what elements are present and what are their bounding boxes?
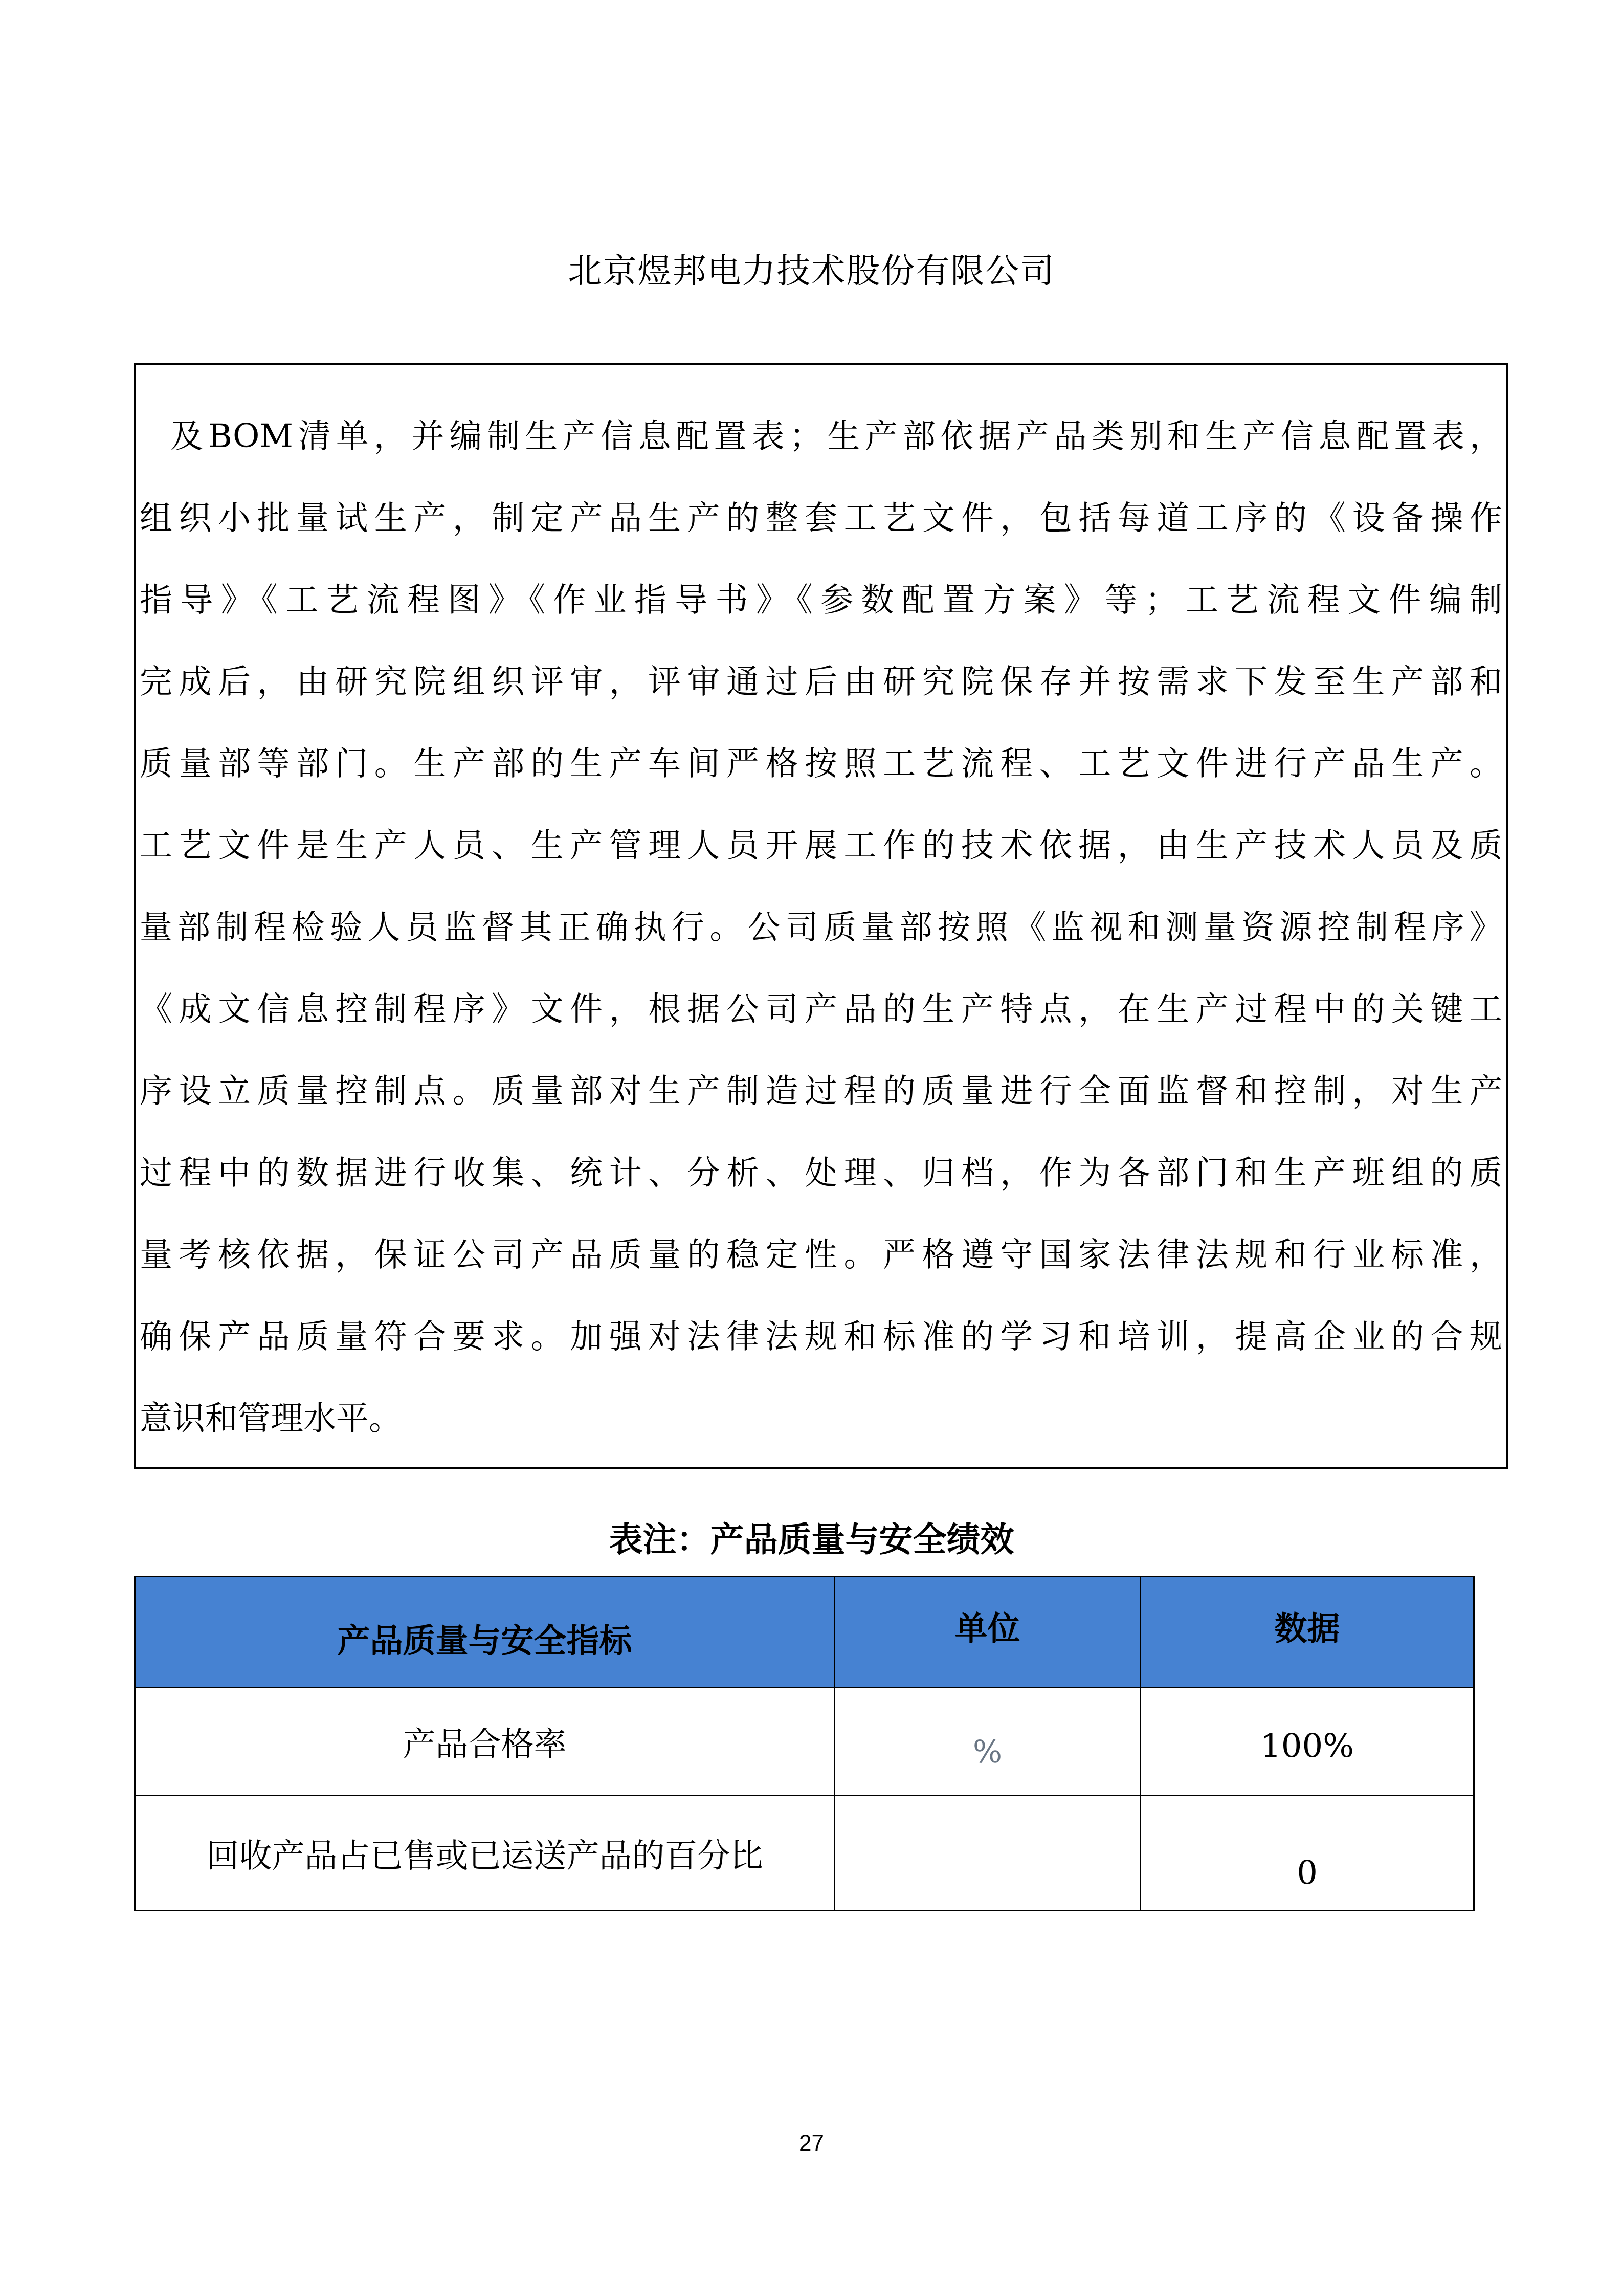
unit-cell bbox=[835, 1796, 1141, 1911]
body-text-box: 及BOM清单，并编制生产信息配置表；生产部依据产品类别和生产信息配置表， 组织小… bbox=[134, 363, 1508, 1469]
body-line: 确保产品质量符合要求。加强对法律法规和标准的学习和培训，提高企业的合规 bbox=[140, 1296, 1502, 1378]
body-line: 量部制程检验人员监督其正确执行。公司质量部按照《监视和测量资源控制程序》 bbox=[140, 887, 1502, 968]
indicator-cell: 产品合格率 bbox=[135, 1688, 835, 1796]
column-header-indicator: 产品质量与安全指标 bbox=[135, 1577, 835, 1688]
table-row: 回收产品占已售或已运送产品的百分比 0 bbox=[135, 1796, 1474, 1911]
body-line: 序设立质量控制点。质量部对生产制造过程的质量进行全面监督和控制，对生产 bbox=[140, 1050, 1502, 1132]
body-line: 工艺文件是生产人员、生产管理人员开展工作的技术依据，由生产技术人员及质 bbox=[140, 805, 1502, 887]
indicator-cell: 回收产品占已售或已运送产品的百分比 bbox=[135, 1796, 835, 1911]
column-header-value: 数据 bbox=[1141, 1577, 1474, 1688]
company-header: 北京煜邦电力技术股份有限公司 bbox=[0, 246, 1623, 297]
body-line: 过程中的数据进行收集、统计、分析、处理、归档，作为各部门和生产班组的质 bbox=[140, 1132, 1502, 1214]
indicator-label: 回收产品占已售或已运送产品的百分比 bbox=[207, 1837, 763, 1875]
value-cell: 100% bbox=[1141, 1688, 1474, 1796]
body-line: 《成文信息控制程序》文件，根据公司产品的生产特点，在生产过程中的关键工 bbox=[140, 968, 1502, 1050]
column-header-unit: 单位 bbox=[835, 1577, 1141, 1688]
value-label: 100% bbox=[1260, 1728, 1354, 1765]
body-paragraph: 及BOM清单，并编制生产信息配置表；生产部依据产品类别和生产信息配置表， 组织小… bbox=[136, 395, 1506, 1460]
page-number: 27 bbox=[0, 2123, 1623, 2164]
body-line: 质量部等部门。生产部的生产车间严格按照工艺流程、工艺文件进行产品生产。 bbox=[140, 723, 1502, 805]
value-label: 0 bbox=[1297, 1855, 1318, 1892]
body-line: 组织小批量试生产，制定产品生产的整套工艺文件，包括每道工序的《设备操作 bbox=[140, 477, 1502, 559]
body-line: 指导》《工艺流程图》《作业指导书》《参数配置方案》等；工艺流程文件编制 bbox=[140, 559, 1502, 641]
unit-cell: % bbox=[835, 1688, 1141, 1796]
body-line: 意识和管理水平。 bbox=[140, 1378, 1502, 1460]
body-line: 量考核依据，保证公司产品质量的稳定性。严格遵守国家法律法规和行业标准， bbox=[140, 1214, 1502, 1296]
body-line: 完成后，由研究院组织评审，评审通过后由研究院保存并按需求下发至生产部和 bbox=[140, 641, 1502, 723]
body-line: 及BOM清单，并编制生产信息配置表；生产部依据产品类别和生产信息配置表， bbox=[140, 395, 1502, 477]
column-header-label: 产品质量与安全指标 bbox=[338, 1622, 632, 1660]
unit-label: % bbox=[973, 1734, 1002, 1770]
table-row: 产品合格率 % 100% bbox=[135, 1688, 1474, 1796]
column-header-label: 数据 bbox=[1275, 1610, 1340, 1648]
indicator-label: 产品合格率 bbox=[403, 1726, 567, 1763]
quality-safety-table: 产品质量与安全指标 单位 数据 产品合格率 % 100% 回收产品占已售或已运送… bbox=[134, 1576, 1475, 1911]
table-caption: 表注：产品质量与安全绩效 bbox=[0, 1514, 1623, 1565]
column-header-label: 单位 bbox=[955, 1610, 1020, 1648]
table-header-row: 产品质量与安全指标 单位 数据 bbox=[135, 1577, 1474, 1688]
value-cell: 0 bbox=[1141, 1796, 1474, 1911]
